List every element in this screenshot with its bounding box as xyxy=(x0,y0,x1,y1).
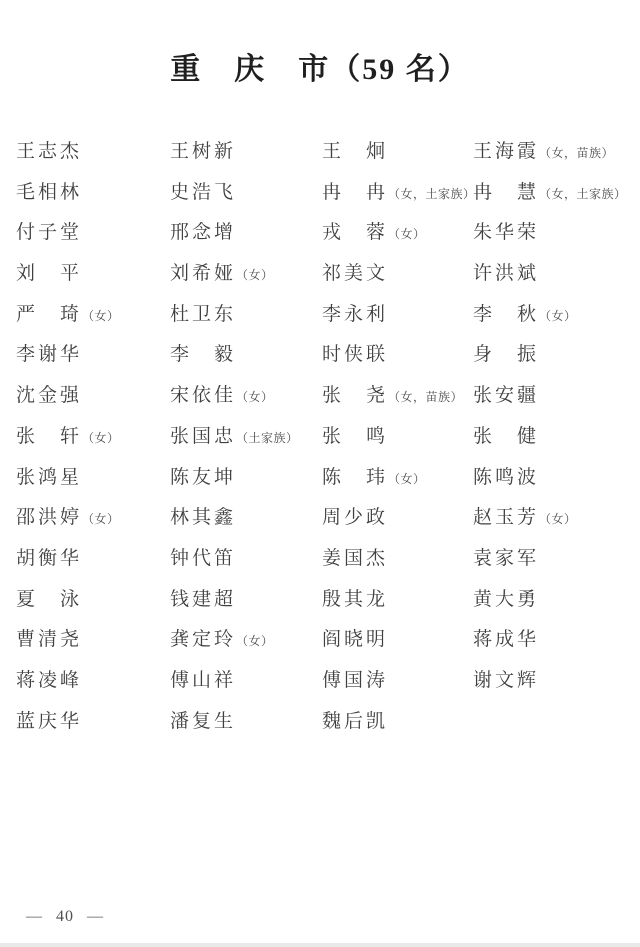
roster-row: 蓝庆华潘复生魏后凯 xyxy=(0,711,640,752)
person-note: （女） xyxy=(236,634,274,648)
footer-dash-right: — xyxy=(87,908,104,925)
person-name: 傅国涛 xyxy=(322,670,388,691)
name-cell: 黄大勇 xyxy=(473,589,640,612)
name-cell: 毛相林 xyxy=(16,182,170,205)
roster-row: 蒋凌峰傅山祥傅国涛谢文辉 xyxy=(0,670,640,711)
name-cell: 王 炯 xyxy=(322,141,473,164)
name-cell: 付子堂 xyxy=(16,222,170,245)
page-number: 40 xyxy=(56,908,74,925)
roster-row: 张 轩（女）张国忠（土家族）张 鸣张 健 xyxy=(0,426,640,467)
name-cell: 姜国杰 xyxy=(322,548,473,571)
person-name: 姜国杰 xyxy=(322,548,388,569)
person-note: （女） xyxy=(82,512,120,526)
name-cell: 蒋凌峰 xyxy=(16,670,170,693)
scan-edge-strip xyxy=(0,943,640,947)
person-name: 张 尧 xyxy=(322,385,388,406)
person-name: 戎 蓉 xyxy=(322,222,388,243)
person-note: （女，土家族） xyxy=(539,187,627,201)
roster-row: 夏 泳钱建超殷其龙黄大勇 xyxy=(0,589,640,630)
name-cell: 祁美文 xyxy=(322,263,473,286)
name-cell: 陈鸣波 xyxy=(473,467,640,490)
person-name: 李 毅 xyxy=(170,344,236,365)
name-cell: 周少政 xyxy=(322,507,473,530)
person-name: 朱华荣 xyxy=(473,222,539,243)
person-note: （女） xyxy=(388,227,426,241)
name-cell: 张鸿星 xyxy=(16,467,170,490)
name-cell: 邵洪婷（女） xyxy=(16,507,170,530)
name-cell: 谢文辉 xyxy=(473,670,640,693)
roster-row: 李谢华李 毅时侠联身 振 xyxy=(0,344,640,385)
name-cell: 朱华荣 xyxy=(473,222,640,245)
name-cell: 钟代笛 xyxy=(170,548,322,571)
person-name: 王志杰 xyxy=(16,141,82,162)
person-name: 阎晓明 xyxy=(322,629,388,650)
person-name: 黄大勇 xyxy=(473,589,539,610)
person-name: 刘希娅 xyxy=(170,263,236,284)
roster-row: 邵洪婷（女）林其鑫周少政赵玉芳（女） xyxy=(0,507,640,548)
person-name: 宋依佳 xyxy=(170,385,236,406)
person-name: 龚定玲 xyxy=(170,629,236,650)
name-cell: 戎 蓉（女） xyxy=(322,222,473,245)
name-cell: 李 毅 xyxy=(170,344,322,367)
name-cell: 钱建超 xyxy=(170,589,322,612)
name-cell: 龚定玲（女） xyxy=(170,629,322,652)
name-cell: 张国忠（土家族） xyxy=(170,426,322,449)
roster-row: 曹清尧龚定玲（女）阎晓明蒋成华 xyxy=(0,629,640,670)
person-name: 付子堂 xyxy=(16,222,82,243)
roster-row: 毛相林史浩飞冉 冉（女，土家族）冉 慧（女，土家族） xyxy=(0,182,640,223)
name-cell: 蓝庆华 xyxy=(16,711,170,734)
person-note: （女，苗族） xyxy=(539,146,614,160)
name-cell: 张 健 xyxy=(473,426,640,449)
person-name: 刘 平 xyxy=(16,263,82,284)
name-cell: 史浩飞 xyxy=(170,182,322,205)
person-note: （女，苗族） xyxy=(388,390,463,404)
person-name: 张 健 xyxy=(473,426,539,447)
person-name: 蒋成华 xyxy=(473,629,539,650)
name-cell: 冉 慧（女，土家族） xyxy=(473,182,640,205)
name-cell: 傅山祥 xyxy=(170,670,322,693)
name-cell: 胡衡华 xyxy=(16,548,170,571)
person-name: 曹清尧 xyxy=(16,629,82,650)
name-cell: 魏后凯 xyxy=(322,711,473,734)
person-note: （女，土家族） xyxy=(388,187,476,201)
person-name: 林其鑫 xyxy=(170,507,236,528)
name-cell: 杜卫东 xyxy=(170,304,322,327)
person-note: （女） xyxy=(82,431,120,445)
name-cell: 张 轩（女） xyxy=(16,426,170,449)
name-cell: 冉 冉（女，土家族） xyxy=(322,182,473,205)
person-name: 杜卫东 xyxy=(170,304,236,325)
person-name: 钟代笛 xyxy=(170,548,236,569)
name-cell: 王海霞（女，苗族） xyxy=(473,141,640,164)
person-name: 祁美文 xyxy=(322,263,388,284)
person-name: 李永利 xyxy=(322,304,388,325)
name-cell: 蒋成华 xyxy=(473,629,640,652)
person-name: 毛相林 xyxy=(16,182,82,203)
name-cell: 李 秋（女） xyxy=(473,304,640,327)
roster-row: 刘 平刘希娅（女）祁美文许洪斌 xyxy=(0,263,640,304)
name-cell: 傅国涛 xyxy=(322,670,473,693)
name-cell: 王树新 xyxy=(170,141,322,164)
person-name: 陈鸣波 xyxy=(473,467,539,488)
person-name: 史浩飞 xyxy=(170,182,236,203)
page-title: 重 庆 市（59 名） xyxy=(0,44,640,88)
person-name: 周少政 xyxy=(322,507,388,528)
person-name: 魏后凯 xyxy=(322,711,388,732)
roster-row: 严 琦（女）杜卫东李永利李 秋（女） xyxy=(0,304,640,345)
person-name: 陈友坤 xyxy=(170,467,236,488)
person-name: 邵洪婷 xyxy=(16,507,82,528)
person-name: 时侠联 xyxy=(322,344,388,365)
person-name: 张国忠 xyxy=(170,426,236,447)
person-name: 邢念增 xyxy=(170,222,236,243)
name-cell: 袁家军 xyxy=(473,548,640,571)
roster-row: 王志杰王树新王 炯王海霞（女，苗族） xyxy=(0,141,640,182)
name-cell: 陈 玮（女） xyxy=(322,467,473,490)
name-cell: 刘 平 xyxy=(16,263,170,286)
name-cell: 沈金强 xyxy=(16,385,170,408)
person-note: （女） xyxy=(82,309,120,323)
person-note: （土家族） xyxy=(236,431,299,445)
name-cell: 阎晓明 xyxy=(322,629,473,652)
person-name: 钱建超 xyxy=(170,589,236,610)
name-cell: 赵玉芳（女） xyxy=(473,507,640,530)
person-name: 谢文辉 xyxy=(473,670,539,691)
roster-row: 胡衡华钟代笛姜国杰袁家军 xyxy=(0,548,640,589)
person-name: 袁家军 xyxy=(473,548,539,569)
person-name: 冉 慧 xyxy=(473,182,539,203)
person-name: 王树新 xyxy=(170,141,236,162)
person-name: 殷其龙 xyxy=(322,589,388,610)
name-cell: 殷其龙 xyxy=(322,589,473,612)
person-name: 王 炯 xyxy=(322,141,388,162)
person-name: 王海霞 xyxy=(473,141,539,162)
person-note: （女） xyxy=(388,472,426,486)
name-cell: 邢念增 xyxy=(170,222,322,245)
person-name: 许洪斌 xyxy=(473,263,539,284)
roster-row: 张鸿星陈友坤陈 玮（女）陈鸣波 xyxy=(0,467,640,508)
person-name: 潘复生 xyxy=(170,711,236,732)
name-cell: 时侠联 xyxy=(322,344,473,367)
name-cell: 张 鸣 xyxy=(322,426,473,449)
person-name: 蓝庆华 xyxy=(16,711,82,732)
person-note: （女） xyxy=(236,390,274,404)
person-name: 陈 玮 xyxy=(322,467,388,488)
person-name: 蒋凌峰 xyxy=(16,670,82,691)
name-cell: 张安疆 xyxy=(473,385,640,408)
name-cell: 刘希娅（女） xyxy=(170,263,322,286)
person-name: 张鸿星 xyxy=(16,467,82,488)
footer-dash-left: — xyxy=(26,908,43,925)
person-name: 胡衡华 xyxy=(16,548,82,569)
person-name: 严 琦 xyxy=(16,304,82,325)
name-cell: 许洪斌 xyxy=(473,263,640,286)
name-cell: 潘复生 xyxy=(170,711,322,734)
name-cell: 严 琦（女） xyxy=(16,304,170,327)
roster-row: 付子堂邢念增戎 蓉（女）朱华荣 xyxy=(0,222,640,263)
name-grid: 王志杰王树新王 炯王海霞（女，苗族）毛相林史浩飞冉 冉（女，土家族）冉 慧（女，… xyxy=(0,141,640,751)
person-name: 傅山祥 xyxy=(170,670,236,691)
name-cell: 夏 泳 xyxy=(16,589,170,612)
person-name: 沈金强 xyxy=(16,385,82,406)
person-name: 李 秋 xyxy=(473,304,539,325)
name-cell: 林其鑫 xyxy=(170,507,322,530)
document-page: 重 庆 市（59 名） 王志杰王树新王 炯王海霞（女，苗族）毛相林史浩飞冉 冉（… xyxy=(0,0,640,947)
name-cell: 张 尧（女，苗族） xyxy=(322,385,473,408)
roster-row: 沈金强宋依佳（女）张 尧（女，苗族）张安疆 xyxy=(0,385,640,426)
person-name: 夏 泳 xyxy=(16,589,82,610)
person-name: 身 振 xyxy=(473,344,539,365)
person-name: 张 鸣 xyxy=(322,426,388,447)
person-note: （女） xyxy=(539,309,577,323)
person-name: 冉 冉 xyxy=(322,182,388,203)
person-note: （女） xyxy=(539,512,577,526)
person-name: 李谢华 xyxy=(16,344,82,365)
name-cell: 曹清尧 xyxy=(16,629,170,652)
name-cell: 王志杰 xyxy=(16,141,170,164)
person-name: 张安疆 xyxy=(473,385,539,406)
name-cell: 李永利 xyxy=(322,304,473,327)
person-note: （女） xyxy=(236,268,274,282)
name-cell: 身 振 xyxy=(473,344,640,367)
name-cell: 李谢华 xyxy=(16,344,170,367)
person-name: 张 轩 xyxy=(16,426,82,447)
person-name: 赵玉芳 xyxy=(473,507,539,528)
page-footer: —40— xyxy=(26,908,104,926)
name-cell: 宋依佳（女） xyxy=(170,385,322,408)
name-cell: 陈友坤 xyxy=(170,467,322,490)
